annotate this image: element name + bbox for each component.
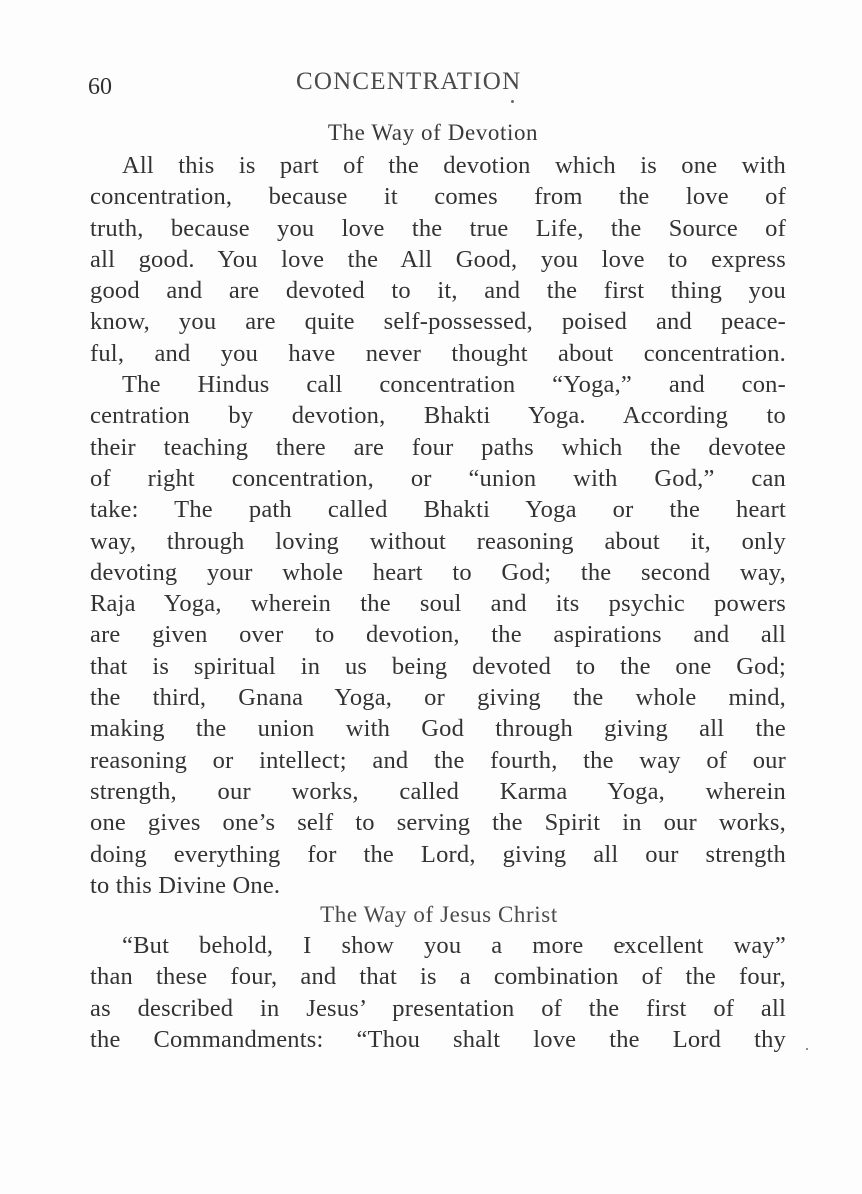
- paragraph-line: truth, because you love the true Life, t…: [90, 213, 786, 244]
- section-body-way-of-jesus-christ: “But behold, I show you a more excellent…: [90, 930, 786, 1055]
- section-body-way-of-devotion: All this is part of the devotion which i…: [90, 150, 786, 901]
- book-page: 60 CONCENTRATION The Way of Devotion All…: [0, 0, 862, 1194]
- paragraph-line: concentration, because it comes from the…: [90, 181, 786, 212]
- paragraph-line: of right concentration, or “union with G…: [90, 463, 786, 494]
- paragraph-line: good and are devoted to it, and the firs…: [90, 275, 786, 306]
- paragraph-line: one gives one’s self to serving the Spir…: [90, 807, 786, 838]
- paragraph-line: devoting your whole heart to God; the se…: [90, 557, 786, 588]
- paragraph-line: making the union with God through giving…: [90, 713, 786, 744]
- paragraph-line: centration by devotion, Bhakti Yoga. Acc…: [90, 400, 786, 431]
- paragraph-line: “But behold, I show you a more excellent…: [90, 930, 786, 961]
- running-title: CONCENTRATION: [296, 68, 521, 96]
- page-number: 60: [88, 74, 112, 101]
- section-heading-way-of-devotion: The Way of Devotion: [2, 120, 862, 146]
- scan-speck: [806, 1048, 808, 1050]
- paragraph-line: that is spiritual in us being devoted to…: [90, 651, 786, 682]
- paragraph-line: reasoning or intellect; and the fourth, …: [90, 745, 786, 776]
- section-heading-way-of-jesus-christ: The Way of Jesus Christ: [8, 902, 862, 928]
- paragraph-line: Raja Yoga, wherein the soul and its psyc…: [90, 588, 786, 619]
- paragraph-line: the Commandments: “Thou shalt love the L…: [90, 1024, 786, 1055]
- paragraph-line: to this Divine One.: [90, 870, 786, 901]
- running-header: 60 CONCENTRATION: [88, 66, 788, 106]
- paragraph-line: are given over to devotion, the aspirati…: [90, 619, 786, 650]
- paragraph-line: All this is part of the devotion which i…: [90, 150, 786, 181]
- paragraph-line: ful, and you have never thought about co…: [90, 338, 786, 369]
- paragraph-line: than these four, and that is a combinati…: [90, 961, 786, 992]
- paragraph-line: their teaching there are four paths whic…: [90, 432, 786, 463]
- paragraph-line: The Hindus call concentration “Yoga,” an…: [90, 369, 786, 400]
- paragraph-line: know, you are quite self-possessed, pois…: [90, 306, 786, 337]
- paragraph-line: strength, our works, called Karma Yoga, …: [90, 776, 786, 807]
- paragraph-line: take: The path called Bhakti Yoga or the…: [90, 494, 786, 525]
- paragraph-line: the third, Gnana Yoga, or giving the who…: [90, 682, 786, 713]
- paragraph-line: doing everything for the Lord, giving al…: [90, 839, 786, 870]
- paragraph-line: as described in Jesus’ presentation of t…: [90, 993, 786, 1024]
- paragraph-line: way, through loving without reasoning ab…: [90, 526, 786, 557]
- scan-speck: [511, 100, 514, 103]
- scan-speck: [622, 943, 625, 946]
- paragraph-line: all good. You love the All Good, you lov…: [90, 244, 786, 275]
